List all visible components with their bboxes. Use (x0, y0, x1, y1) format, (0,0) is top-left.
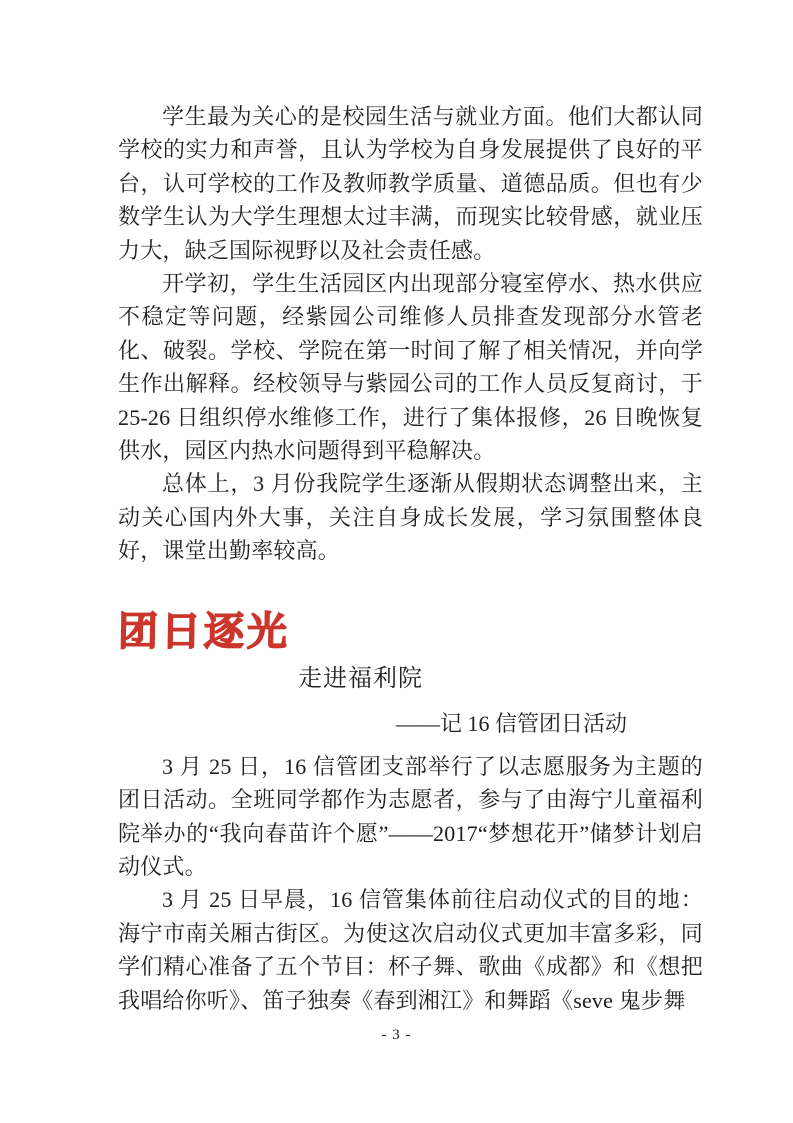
article-title: 走进福利院 (68, 663, 653, 696)
paragraph-activity-intro: 3 月 25 日，16 信管团支部举行了以志愿服务为主题的团日活动。全班同学都作… (118, 750, 703, 884)
document-page: 学生最为关心的是校园生活与就业方面。他们大都认同学校的实力和声誉，且认为学校为自… (0, 0, 793, 1123)
paragraph-campus-life-survey: 学生最为关心的是校园生活与就业方面。他们大都认同学校的实力和声誉，且认为学校为自… (118, 100, 703, 267)
paragraph-water-supply-issue: 开学初，学生生活园区内出现部分寝室停水、热水供应不稳定等问题，经紫园公司维修人员… (118, 267, 703, 467)
paragraph-overall-summary: 总体上，3 月份我院学生逐渐从假期状态调整出来，主动关心国内外大事，关注自身成长… (118, 467, 703, 567)
document-content: 学生最为关心的是校园生活与就业方面。他们大都认同学校的实力和声誉，且认为学校为自… (118, 0, 703, 1017)
section-banner: 团日逐光 (118, 609, 704, 655)
paragraph-activity-detail: 3 月 25 日早晨，16 信管集体前往启动仪式的目的地：海宁市南关厢古街区。为… (118, 883, 703, 1017)
page-number: - 3 - (0, 1025, 793, 1045)
article-subtitle: ——记 16 信管团日活动 (118, 707, 703, 740)
